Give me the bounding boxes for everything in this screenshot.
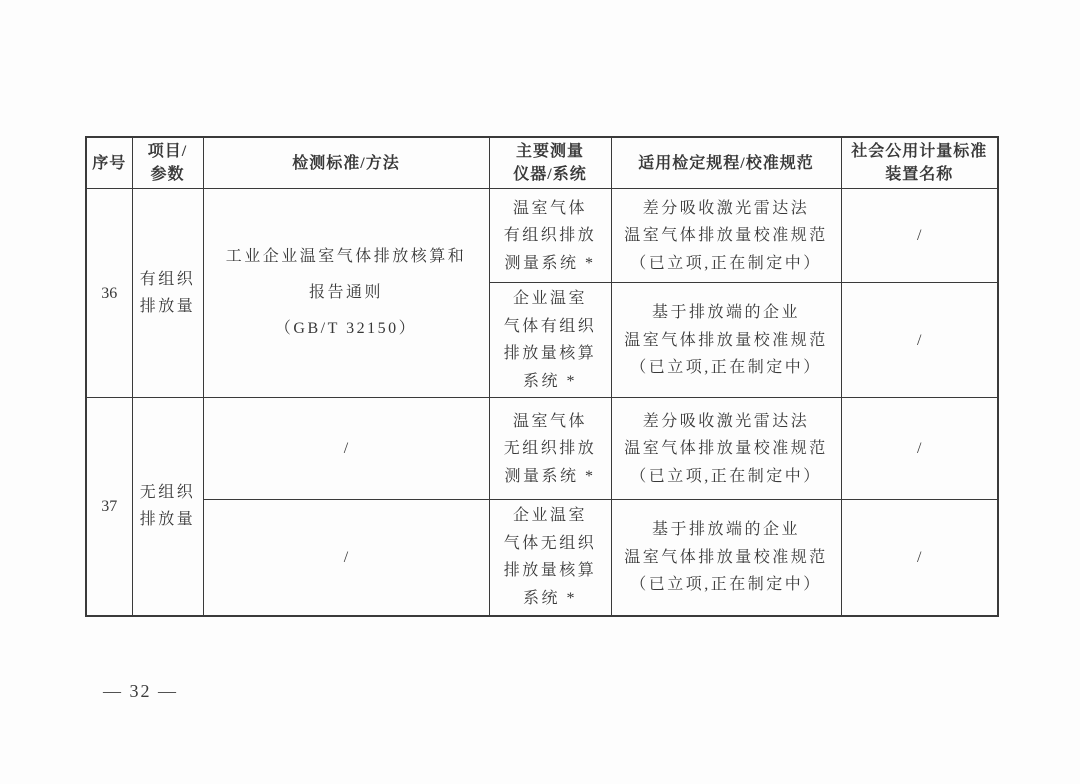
cell-instrument-36a: 温室气体 有组织排放 测量系统 * [489,189,611,283]
cell-item-36: 有组织 排放量 [132,189,203,398]
cell-serial-36: 36 [86,189,132,398]
cell-regulation-36a: 差分吸收激光雷达法 温室气体排放量校准规范 （已立项,正在制定中） [611,189,841,283]
document-page: 序号 项目/ 参数 检测标准/方法 主要测量 仪器/系统 适用检定规程/校准规范… [0,0,1080,784]
header-measuring-instrument: 主要测量 仪器/系统 [489,137,611,189]
cell-standard-37a: / [203,398,489,500]
cell-instrument-36b: 企业温室 气体有组织 排放量核算 系统 * [489,283,611,398]
cell-serial-37: 37 [86,398,132,616]
cell-device-37a: / [841,398,998,500]
table-header-row: 序号 项目/ 参数 检测标准/方法 主要测量 仪器/系统 适用检定规程/校准规范… [86,137,998,189]
table-row: 37 无组织 排放量 / 温室气体 无组织排放 测量系统 * 差分吸收激光雷达法… [86,398,998,500]
metrology-standards-table: 序号 项目/ 参数 检测标准/方法 主要测量 仪器/系统 适用检定规程/校准规范… [85,136,999,617]
cell-device-36b: / [841,283,998,398]
cell-standard-36: 工业企业温室气体排放核算和 报告通则 （GB/T 32150） [203,189,489,398]
cell-regulation-37a: 差分吸收激光雷达法 温室气体排放量校准规范 （已立项,正在制定中） [611,398,841,500]
cell-regulation-36b: 基于排放端的企业 温室气体排放量校准规范 （已立项,正在制定中） [611,283,841,398]
table-row: / 企业温室 气体无组织 排放量核算 系统 * 基于排放端的企业 温室气体排放量… [86,500,998,616]
table-row: 36 有组织 排放量 工业企业温室气体排放核算和 报告通则 （GB/T 3215… [86,189,998,283]
cell-device-37b: / [841,500,998,616]
cell-device-36a: / [841,189,998,283]
cell-regulation-37b: 基于排放端的企业 温室气体排放量校准规范 （已立项,正在制定中） [611,500,841,616]
cell-instrument-37a: 温室气体 无组织排放 测量系统 * [489,398,611,500]
header-public-standard-device: 社会公用计量标准 装置名称 [841,137,998,189]
cell-item-37: 无组织 排放量 [132,398,203,616]
header-serial-number: 序号 [86,137,132,189]
header-test-standard: 检测标准/方法 [203,137,489,189]
header-item-parameter: 项目/ 参数 [132,137,203,189]
page-number: — 32 — [103,681,178,702]
header-verification-regulation: 适用检定规程/校准规范 [611,137,841,189]
cell-instrument-37b: 企业温室 气体无组织 排放量核算 系统 * [489,500,611,616]
cell-standard-37b: / [203,500,489,616]
